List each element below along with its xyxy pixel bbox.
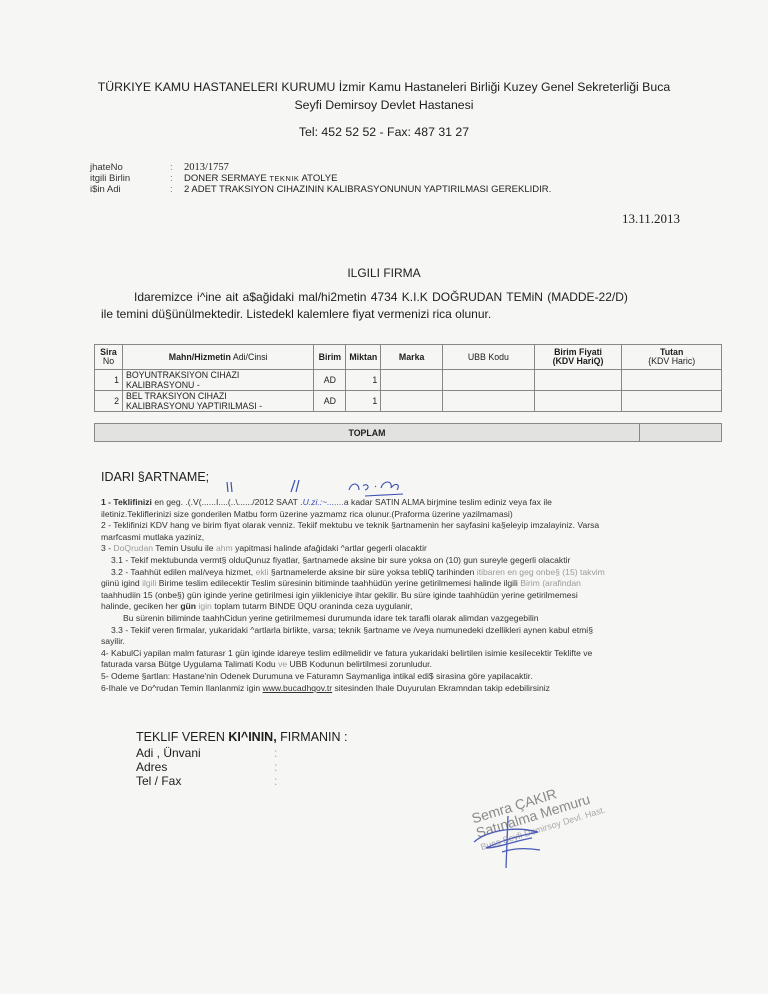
meta-value-tail: ATOLYE (299, 173, 337, 184)
clause-3-2: 3.2 - Taahhüt edilen mal/veya hizmet, ek… (101, 567, 751, 579)
meta-colon: : (170, 173, 184, 184)
document-meta: jhateNo : 2013/1757 itgili Birlin : DONE… (90, 162, 551, 195)
clause-3-2-line5: Bu sürenin biliminde taahhCidun yerine g… (101, 613, 751, 625)
clause-3-3: 3.3 - Tekiif veren firmalar, yukaridaki … (101, 625, 751, 637)
cell-desc-line1: BEL TRAKSIYON CIHAZI (126, 391, 227, 401)
meta-value: DONER SERMAYE TEKNIK ATOLYE (184, 173, 337, 184)
clause-3-2-b: §artnamelerde aksine bir süre yoksa tebl… (269, 567, 477, 577)
clause-3-2-a: 3.2 - Taahhüt edilen mal/veya hizmet, (111, 567, 256, 577)
cell-no: 2 (95, 391, 123, 412)
cell-miktar: 1 (346, 370, 381, 391)
meta-value: 2 ADET TRAKSIYON CIHAZININ KALIBRASYONUN… (184, 184, 551, 195)
cell-fiyat[interactable] (534, 370, 622, 391)
col-sira-line2: No (103, 356, 114, 366)
col-mal-norm: Adi/Cinsi (231, 352, 268, 362)
total-value[interactable] (640, 424, 722, 442)
col-fiyat-line2: (KDV HariQ) (553, 356, 604, 366)
cell-ubb[interactable] (443, 391, 535, 412)
clause-5: 5- Odeme §artlan: Hastane'nin Odenek Dur… (101, 671, 751, 683)
cell-birim: AD (314, 370, 346, 391)
cell-desc-line2: KALIBRASYONU YAPTIRILMASI - (126, 401, 262, 411)
handwritten-date-icon (225, 478, 345, 498)
cell-marka[interactable] (381, 370, 443, 391)
document-date: 13.11.2013 (622, 211, 680, 227)
cell-desc-line2: KALIBRASYONU - (126, 380, 200, 390)
firm-title-b: FIRMANIN : (277, 730, 348, 744)
firm-title-bold: KI^ININ, (228, 730, 276, 744)
col-tutan-line2: {KDV Haric) (648, 356, 695, 366)
col-miktar: Miktan (346, 345, 381, 370)
idari-sartname-clauses: 1 - Teklifinizi en geg. .(.V(......I....… (101, 497, 751, 694)
clause-1-line2: iletiniz.Tekliflerinizi size gonderilen … (101, 509, 751, 521)
idari-sartname-title: IDARI §ARTNAME; (101, 470, 209, 484)
col-birim: Birim (314, 345, 346, 370)
cell-marka[interactable] (381, 391, 443, 412)
firm-field-colon: : (274, 746, 277, 760)
clause-3-2-l2-b: Birime teslim edilecektir Teslim süresin… (156, 578, 520, 588)
clause-3-2-l4-b: toplam tutarm BINDE ÜQU oraninda ceza uy… (212, 601, 413, 611)
meta-colon: : (170, 162, 184, 173)
clause-6-b: sitesinden Ihale Duyurulan Ekramndan tak… (332, 683, 550, 693)
table-row: 2 BEL TRAKSIYON CIHAZIKALIBRASYONU YAPTI… (95, 391, 722, 412)
firm-field-phone[interactable]: Tel / Fax: (136, 774, 277, 788)
handwritten-time: U.zi.:~....... (303, 497, 344, 507)
clause-1-a: en geg. .(.V(......I....(..\....../2012 … (152, 497, 303, 507)
meta-row-ihale-no: jhateNo : 2013/1757 (90, 162, 551, 173)
clause-1: 1 - Teklifinizi en geg. .(.V(......I....… (101, 497, 751, 509)
clause-4-l2-a: faturada varsa Bütge Uygulama Talimati K… (101, 659, 278, 669)
meta-row-ilgili-birim: itgili Birlin : DONER SERMAYE TEKNIK ATO… (90, 173, 551, 184)
clause-3-2-l2-a: giinü igind (101, 578, 142, 588)
clause-3-2-l4-bold: gün (180, 601, 196, 611)
clause-6-a: 6-Ihale ve Do^rudan Temin Ilanlanmiz igi… (101, 683, 263, 693)
cell-ubb[interactable] (443, 370, 535, 391)
cell-tutan[interactable] (622, 370, 722, 391)
col-sira: SiraNo (95, 345, 123, 370)
clause-3-b: Temin Usulu ile (153, 543, 216, 553)
clause-1-b: a kadar SATIN ALMA birjmine teslim edini… (344, 497, 552, 507)
firm-field-address[interactable]: Adres: (136, 760, 277, 774)
clause-3-c: yapitmasi halinde afağidaki ^artlar gege… (233, 543, 427, 553)
meta-label: i$in Adi (90, 184, 170, 195)
firm-field-label: Adi , Ünvani (136, 746, 274, 760)
cell-no: 1 (95, 370, 123, 391)
clause-3-2-l2-faint2: Birim (arafindan (520, 578, 581, 588)
col-mal-bold: Mahn/Hizmetin (169, 352, 231, 362)
header-contact: Tel: 452 52 52 - Fax: 487 31 27 (0, 125, 768, 139)
cell-desc-line1: BOYUNTRAKSIYON CIHAZI (126, 370, 239, 380)
table-row: 1 BOYUNTRAKSIYON CIHAZIKALIBRASYONU - AD… (95, 370, 722, 391)
clause-3-2-line2: giinü igind ilgili Birime teslim edilece… (101, 578, 751, 590)
intro-line-2: ile temini dü§ünülmektedir. Listedekl ka… (101, 307, 491, 321)
col-mal: Mahn/Hizmetin Adi/Cinsi (122, 345, 313, 370)
clause-3-2-line4: halinde, geciken her gün igin toplam tut… (101, 601, 751, 613)
cell-miktar: 1 (346, 391, 381, 412)
cell-fiyat[interactable] (534, 391, 622, 412)
total-row: TOPLAM (95, 424, 722, 442)
recipient-heading: ILGILI FIRMA (0, 266, 768, 280)
meta-colon: : (170, 184, 184, 195)
clause-3-3-line2: sayilir. (101, 636, 751, 648)
clause-2: 2 - Teklifinizi KDV hang ve birim fiyat … (101, 520, 751, 532)
handwritten-time-icon (345, 476, 405, 498)
intro-line-1: Idaremizce i^ine ait a$ağidaki mal/hi2me… (134, 290, 628, 304)
firm-field-label: Adres (136, 760, 274, 774)
meta-value-main: DONER SERMAYE (184, 173, 269, 184)
cell-tutan[interactable] (622, 391, 722, 412)
items-table: SiraNo Mahn/Hizmetin Adi/Cinsi Birim Mik… (94, 344, 722, 412)
col-marka: Marka (381, 345, 443, 370)
firm-fields: Adi , Ünvani: Adres: Tel / Fax: (136, 746, 277, 788)
firm-section-title: TEKLIF VEREN KI^ININ, FIRMANIN : (136, 730, 348, 744)
clause-3-2-l4-faint: igin (196, 601, 212, 611)
table-header-row: SiraNo Mahn/Hizmetin Adi/Cinsi Birim Mik… (95, 345, 722, 370)
clause-3-faint2: ahm (216, 543, 233, 553)
signature-icon (468, 812, 568, 872)
meta-value-small: TEKNIK (269, 174, 299, 183)
firm-field-colon: : (274, 774, 277, 788)
clause-4-l2-b: UBB Kodunun belirtilmesi zorunludur. (287, 659, 432, 669)
col-tutan: Tutan{KDV Haric) (622, 345, 722, 370)
clause-3-a: 3 - (101, 543, 113, 553)
clause-4: 4- KabulCi yapilan malm faturasr 1 gün i… (101, 648, 751, 660)
clause-6: 6-Ihale ve Do^rudan Temin Ilanlanmiz igi… (101, 683, 751, 695)
meta-value: 2013/1757 (184, 162, 229, 173)
firm-field-colon: : (274, 760, 277, 774)
cell-desc: BEL TRAKSIYON CIHAZIKALIBRASYONU YAPTIRI… (122, 391, 313, 412)
cell-desc: BOYUNTRAKSIYON CIHAZIKALIBRASYONU - (122, 370, 313, 391)
clause-3-2-faint2: itibaren en geg onbe§ (15) takvim (477, 567, 605, 577)
meta-label: jhateNo (90, 162, 170, 173)
clause-4-line2: faturada varsa Bütge Uygulama Talimati K… (101, 659, 751, 671)
firm-title-a: TEKLIF VEREN (136, 730, 228, 744)
total-table: TOPLAM (94, 423, 722, 442)
clause-1-bold: 1 - Teklifinizi (101, 497, 152, 507)
col-fiyat: Birim Fiyati(KDV HariQ) (534, 345, 622, 370)
clause-3: 3 - DoQrudan Temin Usulu ile ahm yapitma… (101, 543, 751, 555)
meta-label: itgili Birlin (90, 173, 170, 184)
clause-4-l2-faint: ve (278, 659, 287, 669)
cell-birim: AD (314, 391, 346, 412)
website-link[interactable]: www.bucadhqov.tr (263, 683, 333, 693)
firm-field-name[interactable]: Adi , Ünvani: (136, 746, 277, 760)
clause-3-faint1: DoQrudan (113, 543, 153, 553)
header-institution: TÜRKIYE KAMU HASTANELERI KURUMU İzmir Ka… (0, 80, 768, 94)
clause-3-2-line3: taahhudiin 15 (onbe§) gün iginde yerine … (101, 590, 751, 602)
clause-3-2-l2-faint: ilgili (142, 578, 156, 588)
col-ubb: UBB Kodu (443, 345, 535, 370)
clause-3-2-faint1: ekli (256, 567, 269, 577)
meta-row-is-adi: i$in Adi : 2 ADET TRAKSIYON CIHAZININ KA… (90, 184, 551, 195)
firm-field-label: Tel / Fax (136, 774, 274, 788)
clause-3-2-l4-a: halinde, geciken her (101, 601, 180, 611)
clause-3-1: 3.1 - Tekif mektubunda vermt§ olduQunuz … (101, 555, 751, 567)
clause-2-line2: marfcasmi mutlaka yaziniz, (101, 532, 751, 544)
total-label: TOPLAM (95, 424, 640, 442)
header-hospital: Seyfi Demirsoy Devlet Hastanesi (0, 98, 768, 112)
